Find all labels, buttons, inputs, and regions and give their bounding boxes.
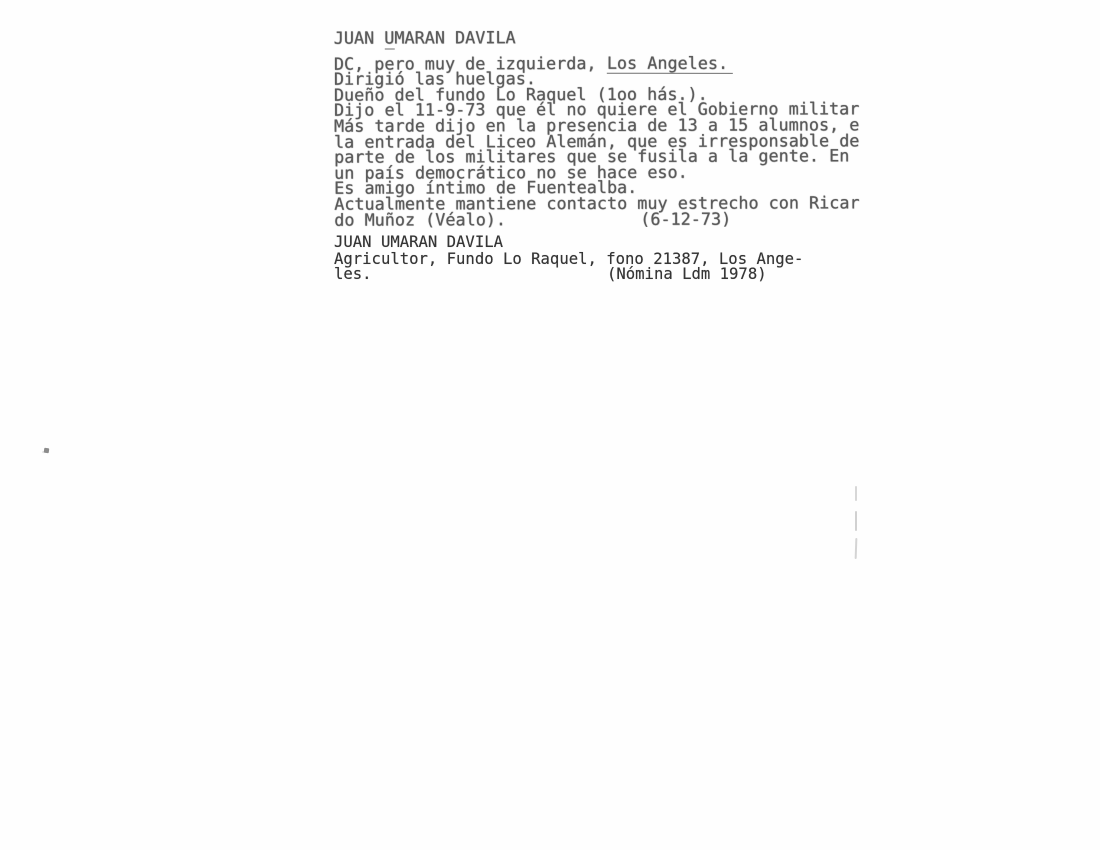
scan-streak-artifact bbox=[855, 486, 857, 501]
typed-line-closing: do Muñoz (Véalo).(6-12-73) bbox=[334, 211, 860, 228]
scanned-page: JUAN UMARAN DAVILA DC, pero muy de izqui… bbox=[0, 0, 1100, 850]
heading-text: JUAN bbox=[334, 29, 385, 47]
date-stamp: (6-12-73) bbox=[640, 211, 731, 227]
heading-text-rest: MARAN DAVILA bbox=[394, 29, 515, 47]
heading-underlined-letter: U bbox=[384, 29, 394, 49]
scan-speck-artifact bbox=[44, 448, 50, 454]
typed-line-occupation: Agricultor, Fundo Lo Raquel, fono 21387,… bbox=[334, 252, 860, 268]
closing-text: do Muñoz (Véalo). bbox=[334, 209, 506, 228]
scan-streak-artifact bbox=[855, 511, 857, 531]
record-block-1978: JUAN UMARAN DAVILA Agricultor, Fundo Lo … bbox=[334, 235, 860, 283]
subject-name-heading: JUAN UMARAN DAVILA bbox=[334, 235, 860, 251]
source-stamp: (Nómina Ldm 1978) bbox=[607, 267, 767, 283]
record-block-1973: JUAN UMARAN DAVILA DC, pero muy de izqui… bbox=[334, 29, 861, 228]
closing-text: les. bbox=[334, 265, 372, 283]
scan-streak-artifact bbox=[855, 538, 858, 559]
scanned-document: JUAN UMARAN DAVILA DC, pero muy de izqui… bbox=[334, 30, 860, 283]
typed-line-closing: les.(Nómina Ldm 1978) bbox=[334, 267, 860, 283]
subject-name-heading: JUAN UMARAN DAVILA bbox=[334, 29, 860, 46]
